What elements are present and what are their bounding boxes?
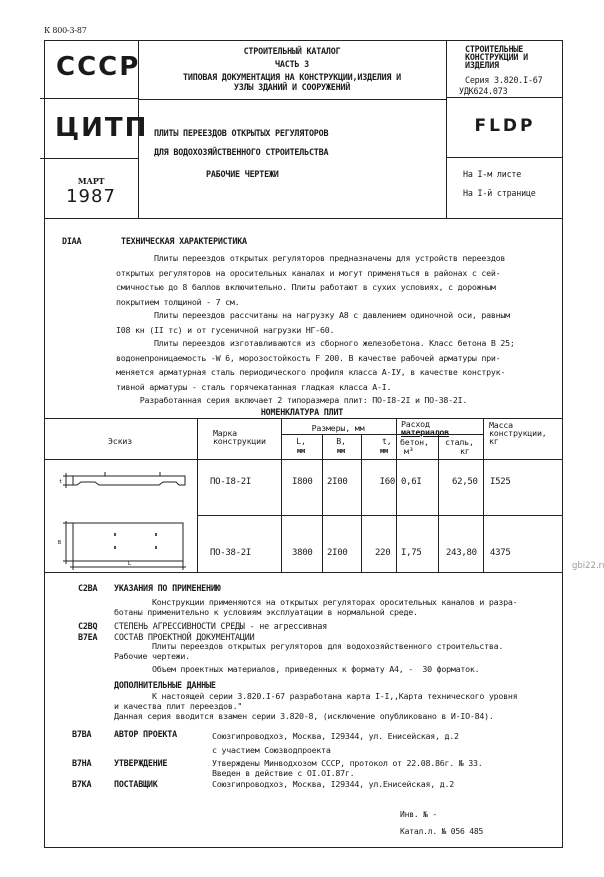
product-title-line1: ПЛИТЫ ПЕРЕЕЗДОВ ОТКРЫТЫХ РЕГУЛЯТОРОВ [154, 128, 328, 138]
header-bottom-line [44, 218, 563, 219]
header-line-right-2 [446, 157, 563, 158]
table-col-line [361, 434, 362, 572]
cell-mass: 4375 [490, 548, 510, 558]
th-concrete-unit: м³ [404, 447, 414, 456]
udk-code: УДК624.073 [459, 86, 507, 96]
cell-mark: ПО-I8-2I [210, 477, 251, 487]
composition-text-1: Плиты переездов открытых регуляторов для… [114, 642, 503, 661]
cell-length: 3800 [292, 548, 312, 558]
header-line-middle [138, 99, 446, 100]
tech-paragraph-2: Плиты переездов рассчитаны на нагрузку А… [116, 308, 510, 337]
th-dimensions: Размеры, мм [312, 424, 365, 433]
sketch-label-t: t [59, 479, 62, 485]
cell-mass: I525 [490, 477, 510, 487]
document-code: К 800-3-87 [44, 26, 87, 36]
section-title-tech: ТЕХНИЧЕСКАЯ ХАРАКТЕРИСТИКА [121, 236, 247, 246]
sketch-label-l: L [128, 561, 131, 567]
date-month: МАРТ [78, 176, 105, 186]
section-code-tech: DIAA [62, 236, 81, 246]
catalog-sheet-number: Катал.л. № 056 485 [400, 827, 483, 837]
meta-code: B7HA [72, 758, 91, 768]
table-col-line [322, 434, 323, 572]
meta-value: Союзгипроводхоз, Москва, I29344, ул. Ени… [212, 729, 459, 757]
product-title-line2: ДЛЯ ВОДОХОЗЯЙСТВЕННОГО СТРОИТЕЛЬСТВА [154, 147, 328, 157]
header-line-citp [40, 158, 138, 159]
classification-code: FLDP [474, 116, 535, 136]
section-title-usage: УКАЗАНИЯ ПО ПРИМЕНЕНИЮ [114, 583, 221, 593]
catalog-title: СТРОИТЕЛЬНЫЙ КАТАЛОГ [244, 46, 341, 56]
catalog-part: ЧАСТЬ 3 [275, 59, 309, 69]
inventory-number: Инв. № - [400, 810, 437, 820]
meta-value: Союзгипроводхоз, Москва, I29344, ул.Енис… [212, 779, 454, 789]
th-steel-unit: кг [460, 447, 470, 456]
th-thickness: t, [382, 437, 392, 446]
table-col-line [438, 434, 439, 572]
series-number: Серия 3.820.I-67 [465, 75, 542, 85]
th-length: L, [296, 437, 306, 446]
table-col-line [281, 418, 282, 572]
sheet-number: На I-м листе [463, 169, 521, 179]
th-mark-line2: конструкции [213, 437, 266, 446]
category-line3: ИЗДЕЛИЯ [465, 61, 499, 69]
additional-text-2: Данная серия вводится взамен серии 3.820… [114, 712, 494, 722]
meta-label: АВТОР ПРОЕКТА [114, 729, 177, 739]
header-line-right-1 [446, 97, 563, 98]
catalog-section-line2: УЗЛЫ ЗДАНИЙ И СООРУЖЕНИЙ [234, 82, 350, 92]
tech-paragraph-1: Плиты переездов открытых регуляторов пре… [116, 251, 505, 309]
sketch-label-b: B [58, 540, 61, 546]
header-line-cccp [40, 98, 138, 99]
section-code-composition: B7EA [78, 632, 97, 642]
cell-concrete: 0,6I [401, 477, 421, 487]
page-number: На I-й странице [463, 188, 536, 198]
meta-label: ПОСТАВЩИК [114, 779, 158, 789]
meta-code: B7BA [72, 729, 91, 739]
slab-plan-sketch: B L [55, 520, 185, 572]
section-title-additional: ДОПОЛНИТЕЛЬНЫЕ ДАННЫЕ [114, 680, 216, 690]
cell-thickness: 220 [375, 548, 390, 558]
composition-text-2: Объем проектных материалов, приведенных … [114, 665, 479, 675]
tech-paragraph-4: Разработанная серия включает 2 типоразме… [116, 393, 467, 408]
catalog-section-line1: ТИПОВАЯ ДОКУМЕНТАЦИЯ НА КОНСТРУКЦИИ,ИЗДЕ… [183, 72, 401, 82]
cell-length: I800 [292, 477, 312, 487]
tech-paragraph-3: Плиты переездов изготавливаются из сборн… [116, 336, 515, 394]
cell-thickness: I60 [375, 477, 395, 487]
table-dims-subline [281, 434, 396, 435]
cell-width: 2I00 [327, 477, 347, 487]
aggressiveness-text: СТЕПЕНЬ АГРЕССИВНОСТИ СРЕДЫ - не агресси… [114, 621, 327, 631]
meta-label: УТВЕРЖДЕНИЕ [114, 758, 167, 768]
table-col-line [197, 418, 198, 572]
watermark: gbi22.ru [572, 561, 604, 571]
slab-section-sketch: t [55, 470, 185, 500]
cell-width: 2I00 [327, 548, 347, 558]
table-header-bottom-line [44, 459, 563, 460]
th-width-unit: мм [337, 447, 345, 456]
cell-steel: 243,80 [446, 548, 477, 558]
table-col-line [396, 418, 397, 572]
th-length-unit: мм [297, 447, 305, 456]
cell-concrete: I,75 [401, 548, 421, 558]
th-materials-line2: материалов [401, 428, 449, 437]
table-top-line [44, 418, 563, 419]
drawings-label: РАБОЧИЕ ЧЕРТЕЖИ [206, 169, 279, 179]
meta-value: Утверждены Минводхозом СССР, протокол от… [212, 758, 482, 778]
cell-steel: 62,50 [452, 477, 478, 487]
section-code-aggressiveness: C2BQ [78, 621, 97, 631]
header-divider-right [446, 40, 447, 218]
nomenclature-title: НОМЕНКЛАТУРА ПЛИТ [261, 407, 343, 417]
additional-text-1: К настоящей серии 3.820.I-67 разработана… [114, 692, 517, 711]
date-year: 1987 [66, 186, 116, 208]
table-bottom-line [44, 572, 563, 573]
usage-text: Конструкции применяются на открытых регу… [114, 598, 517, 617]
th-sketch: Эскиз [108, 437, 132, 446]
th-mass-unit: кг [489, 437, 499, 446]
org-citp: ЦИТП [55, 113, 148, 143]
meta-code: B7KA [72, 779, 91, 789]
th-thickness-unit: мм [380, 447, 388, 456]
th-width: B, [336, 437, 346, 446]
cell-mark: ПО-38-2I [210, 548, 251, 558]
table-col-line [483, 418, 484, 572]
org-cccp: СССР [56, 52, 140, 82]
section-code-usage: C2BA [78, 583, 97, 593]
table-row-divider [197, 515, 563, 516]
